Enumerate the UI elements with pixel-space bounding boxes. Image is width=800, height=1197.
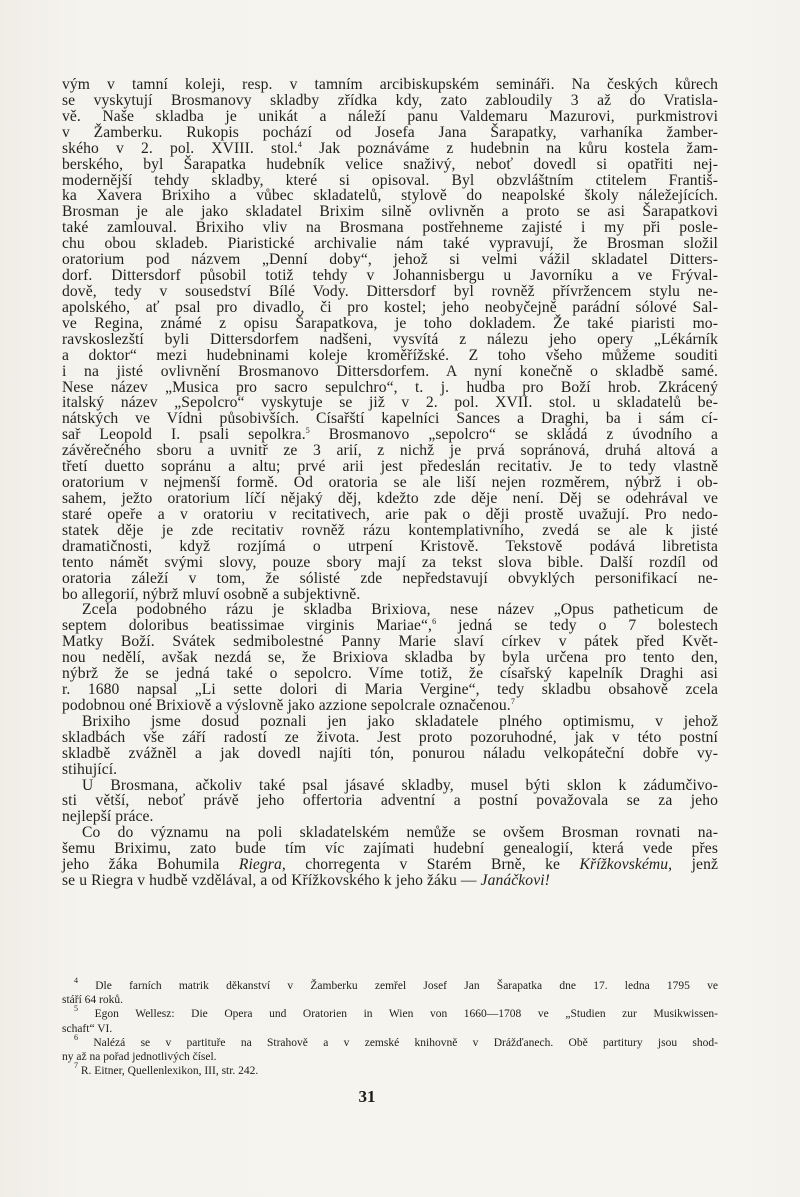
text-line: nejlepší práce. bbox=[62, 809, 718, 825]
text-line: se u Riegra v hudbě vzdělával, a od Kříž… bbox=[62, 873, 718, 889]
text-line: ve Regina, známé z opisu Šarapatkova, je… bbox=[62, 316, 718, 332]
text-line: a doktor“ mezi hudebninami koleje kroměř… bbox=[62, 348, 718, 364]
text-line: vým v tamní koleji, resp. v tamním arcib… bbox=[62, 77, 718, 93]
text-line: Zcela podobného rázu je skladba Brixiova… bbox=[62, 602, 718, 618]
text-line: Brixiho jsme dosud poznali jen jako skla… bbox=[62, 714, 718, 730]
footnote-number: 4 bbox=[74, 976, 78, 985]
text-line: dramatičnosti, když rozjímá o utrpení Kr… bbox=[62, 539, 718, 555]
text-line: italský název „Sepolcro“ vyskytuje se ji… bbox=[62, 395, 718, 411]
footnote-reference: 7 bbox=[511, 697, 515, 706]
footnote-line: ny až na pořad jednotlivých čísel. bbox=[62, 1050, 718, 1064]
text-line: oratorium v nejmenší formě. Od oratoria … bbox=[62, 475, 718, 491]
footnote-reference: 4 bbox=[298, 140, 302, 149]
text-line: chu obou skladeb. Piaristické archivalie… bbox=[62, 236, 718, 252]
text-line: také zamlouval. Brixiho vliv na Brosmana… bbox=[62, 220, 718, 236]
text-line: oratorium pod názvem „Denní doby“, jehož… bbox=[62, 252, 718, 268]
text-line: modernější tehdy skladby, které si opiso… bbox=[62, 173, 718, 189]
text-line: apolského, ať psal pro divadlo, či pro k… bbox=[62, 300, 718, 316]
text-line: bo allegorií, nýbrž mluví osobně a subje… bbox=[62, 587, 718, 603]
scanned-page: vým v tamní koleji, resp. v tamním arcib… bbox=[0, 0, 800, 1197]
text-line: skladbách vše září radostí ze života. Je… bbox=[62, 730, 718, 746]
text-line: oratoria záleží v tom, že sólisté zde ne… bbox=[62, 571, 718, 587]
italic-name: Riegra, bbox=[239, 856, 286, 873]
footnote-line: 5 Egon Wellesz: Die Opera und Oratorien … bbox=[62, 1007, 718, 1021]
text-line: sahem, ježto oratorium líčí nějaký děj, … bbox=[62, 491, 718, 507]
text-line: Matky Boží. Svátek sedmibolestné Panny M… bbox=[62, 634, 718, 650]
footnote-number: 5 bbox=[74, 1004, 78, 1013]
footnote-reference: 5 bbox=[306, 426, 310, 435]
footnote-number: 7 bbox=[74, 1061, 78, 1070]
text-line: tento námět svými slovy, pouze sbory maj… bbox=[62, 555, 718, 571]
footnote-line: 4 Dle farních matrik děkanství v Žamberk… bbox=[62, 979, 718, 993]
text-line: nou nedělí, avšak nezdá se, že Brixiova … bbox=[62, 650, 718, 666]
text-line: Brosman je ale jako skladatel Brixim sil… bbox=[62, 204, 718, 220]
text-line: sti větší, neboť právě jeho offertoria a… bbox=[62, 793, 718, 809]
italic-name: Janáčkovi! bbox=[481, 872, 550, 889]
text-line: berského, byl Šarapatka hudebník velice … bbox=[62, 157, 718, 173]
text-line: nýbrž že se jedná také o sepolcro. Víme … bbox=[62, 666, 718, 682]
page-number: 31 bbox=[352, 1087, 382, 1107]
footnote-reference: 6 bbox=[432, 617, 436, 626]
footnotes: 4 Dle farních matrik děkanství v Žamberk… bbox=[62, 979, 718, 1078]
footnote-line: 7 R. Eitner, Quellenlexikon, III, str. 2… bbox=[62, 1064, 718, 1078]
text-line: závěrečného sboru a uvnitř ze 3 arií, z … bbox=[62, 443, 718, 459]
footnote-line: 6 Nalézá se v partituře na Strahově a v … bbox=[62, 1036, 718, 1050]
text-line: ravskoslezští byli Dittersdorfem nadšeni… bbox=[62, 332, 718, 348]
text-line: se vyskytují Brosmanovy skladby zřídka k… bbox=[62, 93, 718, 109]
text-line: nátských ve Vídni působivších. Císařští … bbox=[62, 411, 718, 427]
text-line: skladbě zvážněl a jak dovedl najíti tón,… bbox=[62, 746, 718, 762]
text-line: U Brosmana, ačkoliv také psal jásavé skl… bbox=[62, 778, 718, 794]
text-line: sař Leopold I. psali sepolkra.5 Brosmano… bbox=[62, 427, 718, 443]
text-line: Nese název „Musica pro sacro sepulchro“,… bbox=[62, 380, 718, 396]
text-line: statek děje je zde recitativ rovněž rázu… bbox=[62, 523, 718, 539]
footnote-line: schaft“ VI. bbox=[62, 1022, 718, 1036]
text-line: dově, tedy v sousedství Bílé Vody. Ditte… bbox=[62, 284, 718, 300]
footnote-number: 6 bbox=[74, 1033, 78, 1042]
text-line: v Žamberku. Rukopis pochází od Josefa Ja… bbox=[62, 125, 718, 141]
text-line: r. 1680 napsal „Li sette dolori di Maria… bbox=[62, 682, 718, 698]
text-line: dorf. Dittersdorf působil totiž tehdy v … bbox=[62, 268, 718, 284]
text-line: jeho žáka Bohumila Riegra, chorregenta v… bbox=[62, 857, 718, 873]
text-line: ského v 2. pol. XVIII. stol.4 Jak poznáv… bbox=[62, 141, 718, 157]
text-line: šemu Briximu, zato bude tím víc zajímati… bbox=[62, 841, 718, 857]
text-line: ka Xavera Brixiho a vůbec skladatelů, st… bbox=[62, 188, 718, 204]
text-line: třetí duetto sopránu a altu; prvé arii j… bbox=[62, 459, 718, 475]
italic-name: Křížkovskému, bbox=[580, 856, 673, 873]
text-line: Co do významu na poli skladatelském nemů… bbox=[62, 825, 718, 841]
body-text: vým v tamní koleji, resp. v tamním arcib… bbox=[62, 77, 718, 889]
text-line: vě. Naše skladba je unikát a náleží panu… bbox=[62, 109, 718, 125]
text-line: podobnou oné Brixiově a výslovně jako az… bbox=[62, 698, 718, 714]
text-line: septem doloribus beatissimae virginis Ma… bbox=[62, 618, 718, 634]
text-line: staré opeře a v oratoriu v recitativech,… bbox=[62, 507, 718, 523]
text-line: i na jisté ovlivnění Brosmanovo Dittersd… bbox=[62, 364, 718, 380]
text-line: stihující. bbox=[62, 762, 718, 778]
footnote-line: stáří 64 roků. bbox=[62, 993, 718, 1007]
